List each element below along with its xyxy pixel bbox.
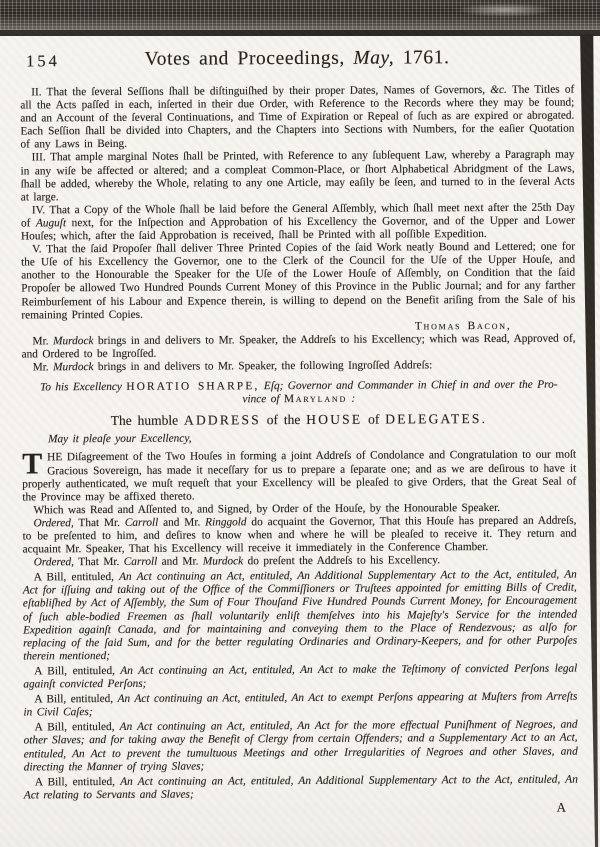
scan-edge-top: [0, 0, 600, 30]
scanned-document-page: 154 Votes and Proceedings, May, 1761. II…: [0, 0, 600, 847]
bill-punishment-act: A Bill, entituled, An Act continuing an …: [24, 719, 578, 774]
paragraph-ordered-acquaint-governor: Ordered, That Mr. Carroll and Mr. Ringgo…: [22, 514, 576, 556]
salutation: May it pleaſe your Excellency,: [22, 431, 576, 447]
page-number: 154: [26, 51, 60, 71]
scan-edge-top-line: [0, 30, 600, 36]
humble-address-heading: The humble ADDRESS of the HOUSE of DELEG…: [22, 412, 576, 428]
page-title: Votes and Proceedings, May, 1761.: [20, 45, 574, 72]
paragraph-section-ii: II. That the ſeveral Seſſions ſhall be d…: [20, 84, 574, 152]
paragraph-murdock-address-read: Mr. Murdock brings in and delivers to Mr…: [22, 332, 576, 361]
scan-edge-right: [577, 34, 599, 847]
page-header: 154 Votes and Proceedings, May, 1761.: [20, 45, 574, 74]
paragraph-disagreement: THE Diſagreement of the Two Houſes in fo…: [22, 449, 576, 504]
bill-exempt-persons-at-musters: A Bill, entituled, An Act continuing an …: [23, 691, 577, 720]
paragraph-section-iv: IV. That a Copy of the Whole ſhall be la…: [21, 201, 575, 243]
page-content: 154 Votes and Proceedings, May, 1761. II…: [20, 45, 578, 817]
bill-servants-and-slaves: A Bill, entituled, An Act continuing an …: [24, 773, 578, 802]
paragraph-ordered-present-address: Ordered, That Mr. Carroll and Mr. Murdoc…: [23, 554, 577, 570]
address-heading-line2: vince of Maryland :: [22, 392, 576, 408]
catchword: A: [24, 800, 566, 816]
bill-emitting-bills-of-credit: A Bill, entituled, An Act continuing an …: [23, 569, 577, 664]
paragraph-section-v: V. That the ſaid Propoſer ſhall deliver …: [21, 241, 575, 322]
paragraph-murdock-ingrossed-address: Mr. Murdock brings in and delivers to Mr…: [22, 359, 576, 375]
bill-testimony-convicted-persons: A Bill, entituled, An Act continuing an …: [23, 662, 577, 691]
paragraph-section-iii: III. That ample marginal Notes ſhall be …: [21, 149, 575, 204]
